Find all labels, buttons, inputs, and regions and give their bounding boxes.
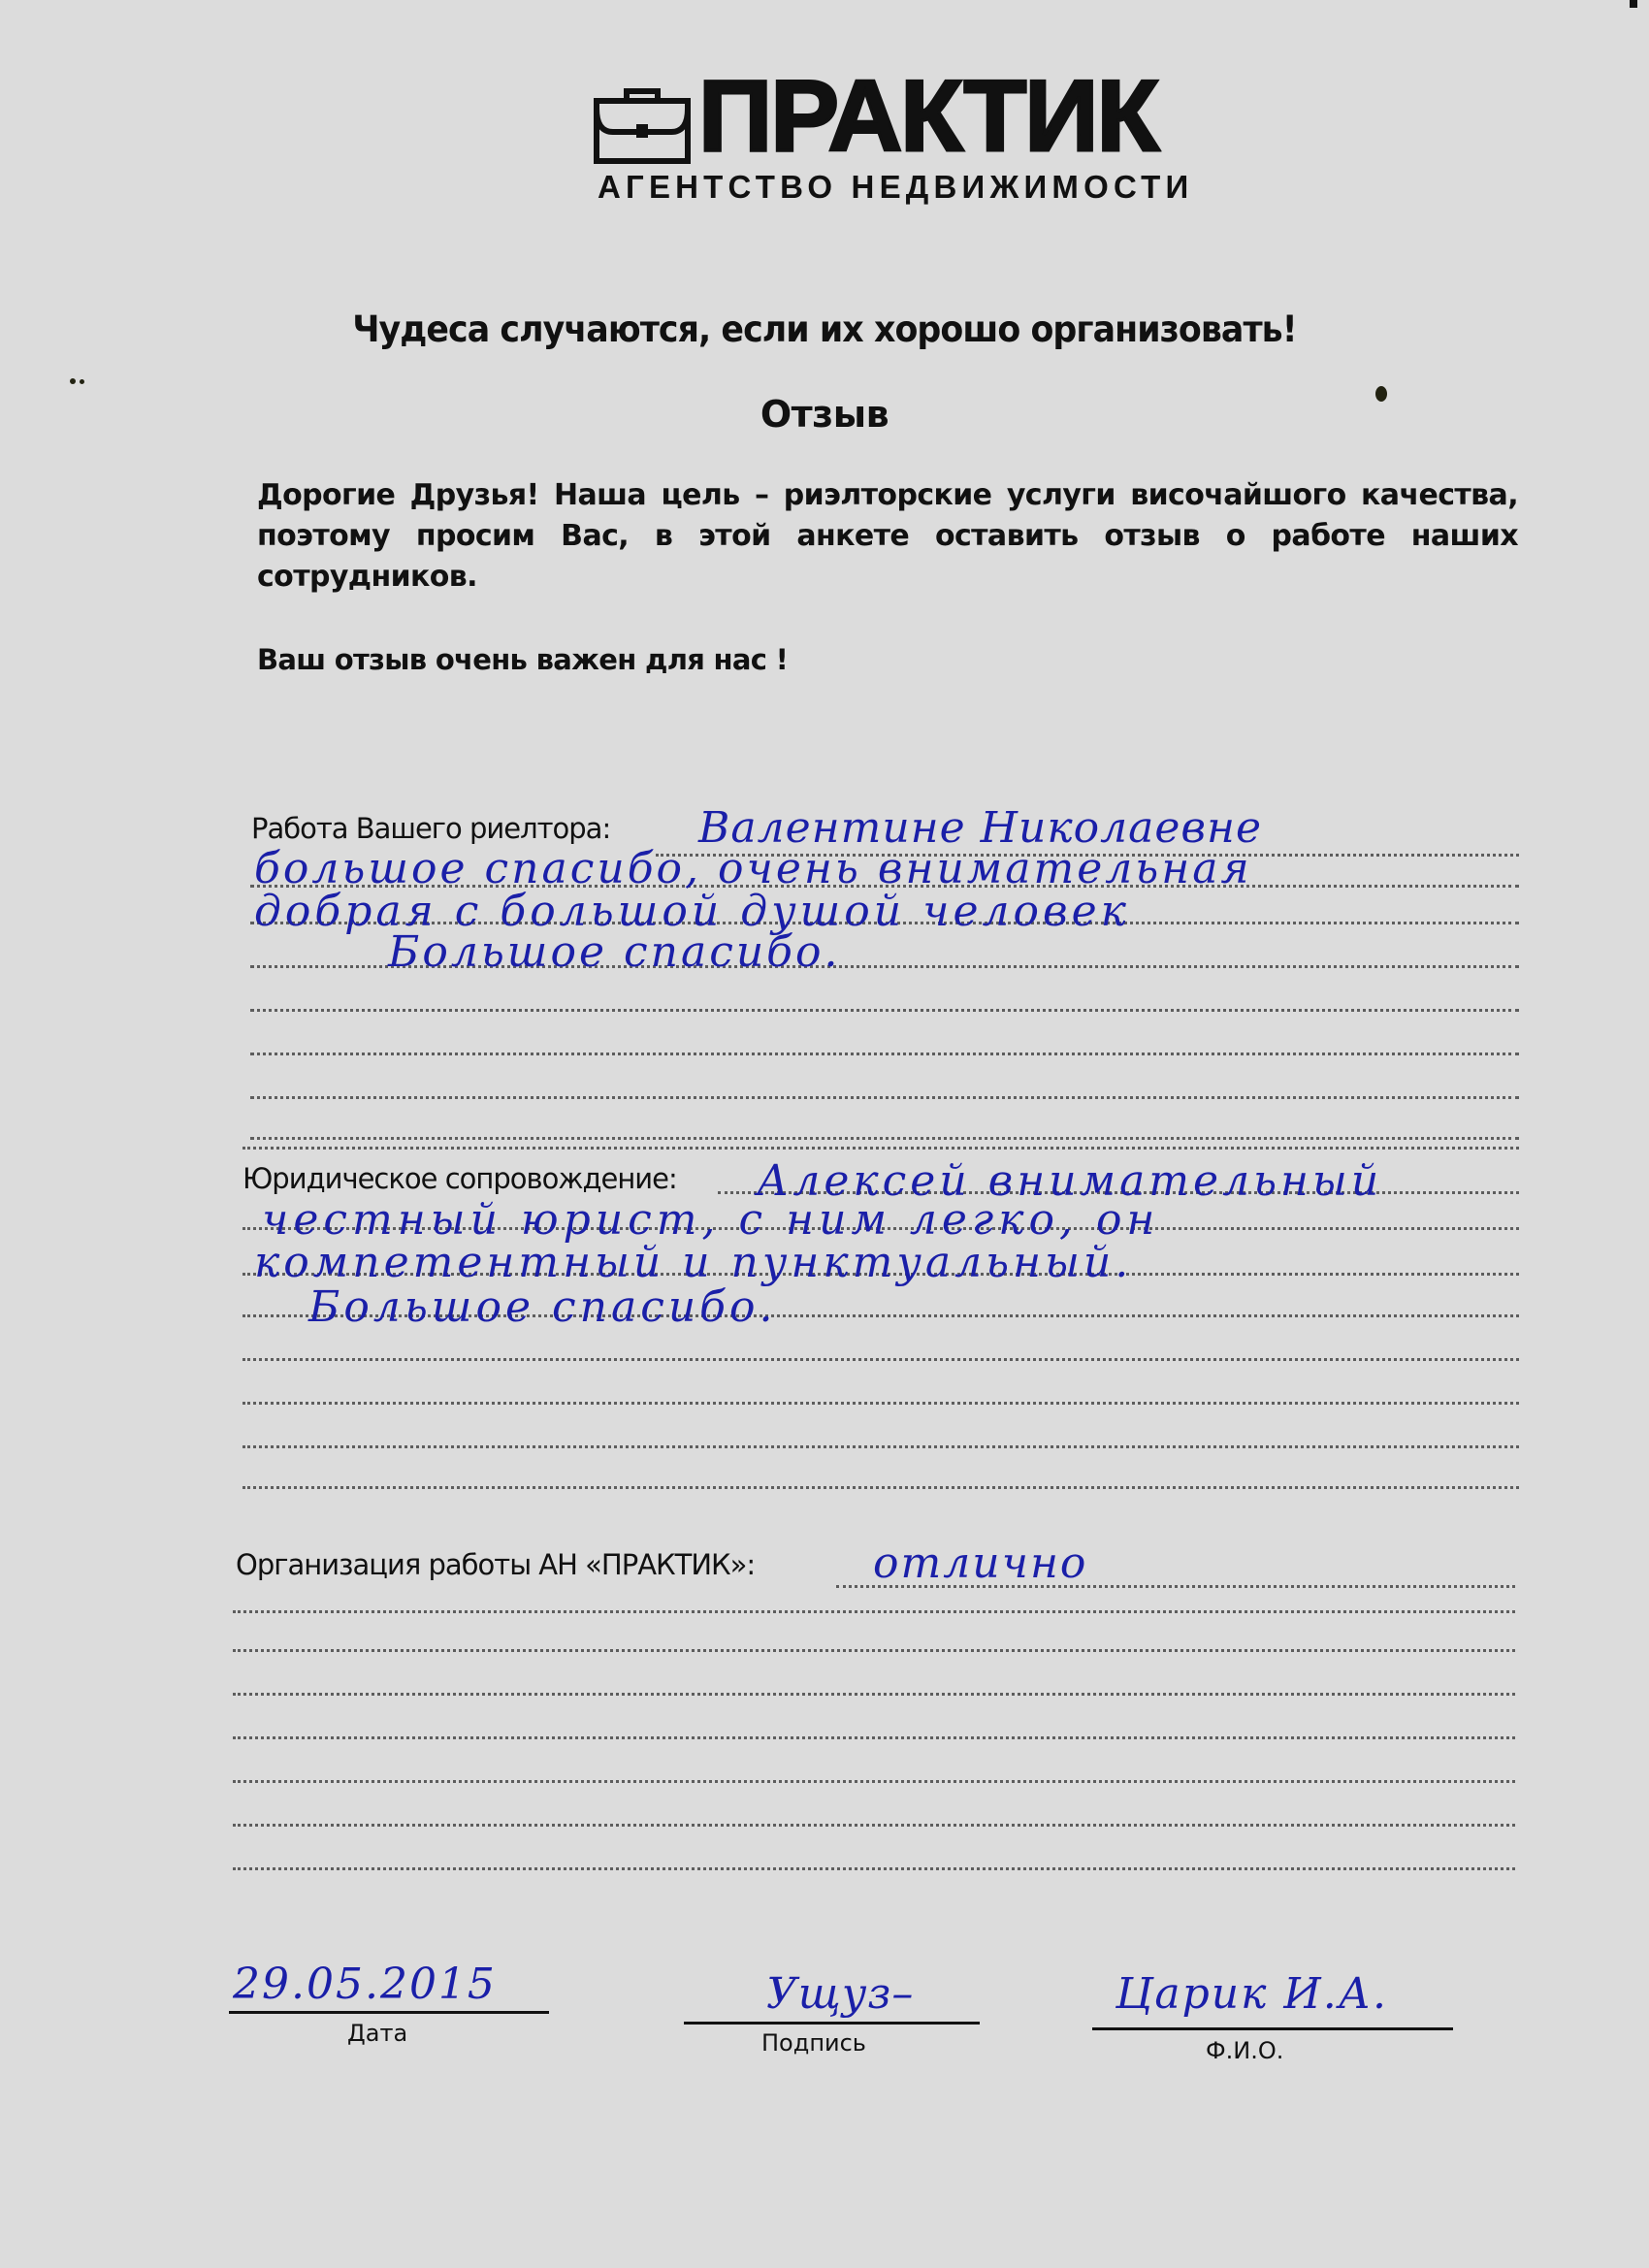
- realtor-work-label: Работа Вашего риелтора:: [251, 812, 610, 845]
- dotted-line: [242, 1445, 1519, 1448]
- scan-edge-mark: [1630, 0, 1637, 8]
- dotted-line: [233, 1693, 1515, 1696]
- dotted-line: [233, 1867, 1515, 1870]
- dotted-line: [242, 1147, 1519, 1150]
- dotted-line: [242, 1358, 1519, 1361]
- date-caption: Дата: [347, 2020, 407, 2047]
- dotted-line: [250, 1053, 1519, 1055]
- date-line: [229, 2011, 549, 2014]
- dotted-line: [233, 1780, 1515, 1783]
- dotted-line: [233, 1649, 1515, 1652]
- page-title: Отзыв: [0, 393, 1649, 436]
- name-line: [1092, 2027, 1453, 2030]
- name-caption: Ф.И.О.: [1206, 2037, 1283, 2064]
- agency-organization-label: Организация работы АН «ПРАКТИК»:: [236, 1548, 755, 1581]
- briefcase-icon: [594, 85, 691, 165]
- dotted-line: [250, 1096, 1519, 1099]
- dotted-line: [233, 1824, 1515, 1827]
- scan-speck: [70, 378, 76, 384]
- date-value: 29.05.2015: [233, 1960, 497, 2009]
- scan-speck: [80, 379, 84, 384]
- signature-caption: Подпись: [761, 2029, 866, 2057]
- legal-support-label: Юридическое сопровождение:: [242, 1162, 677, 1195]
- dotted-line: [242, 1486, 1519, 1489]
- intro-importance-note: Ваш отзыв очень важен для нас !: [257, 643, 788, 676]
- intro-paragraph: Дорогие Друзья! Наша цель – риэлторские …: [257, 475, 1518, 598]
- tagline: Чудеса случаются, если их хорошо организ…: [49, 308, 1600, 350]
- brand-subtitle: АГЕНТСТВО НЕДВИЖИМОСТИ: [598, 169, 1193, 206]
- dotted-line: [233, 1610, 1515, 1613]
- legal-review-line: компетентный и пунктуальный.: [254, 1238, 1132, 1287]
- scan-speck: [1375, 386, 1387, 402]
- legal-review-line: Большое спасибо.: [308, 1282, 777, 1332]
- name-value: Царик И.А.: [1115, 1969, 1388, 2019]
- dotted-line: [242, 1402, 1519, 1405]
- dotted-line: [250, 1137, 1519, 1140]
- signature-value: Ущуз–: [766, 1969, 914, 2019]
- brand-logo: ПРАКТИК АГЕНТСТВО НЕДВИЖИМОСТИ: [594, 80, 1195, 206]
- realtor-review-line: Большое спасибо.: [388, 927, 841, 977]
- brand-name: ПРАКТИК: [698, 66, 1157, 167]
- dotted-line: [250, 1009, 1519, 1012]
- agency-review-line: отлично: [873, 1539, 1087, 1588]
- dotted-line: [233, 1736, 1515, 1739]
- signature-line: [684, 2022, 980, 2025]
